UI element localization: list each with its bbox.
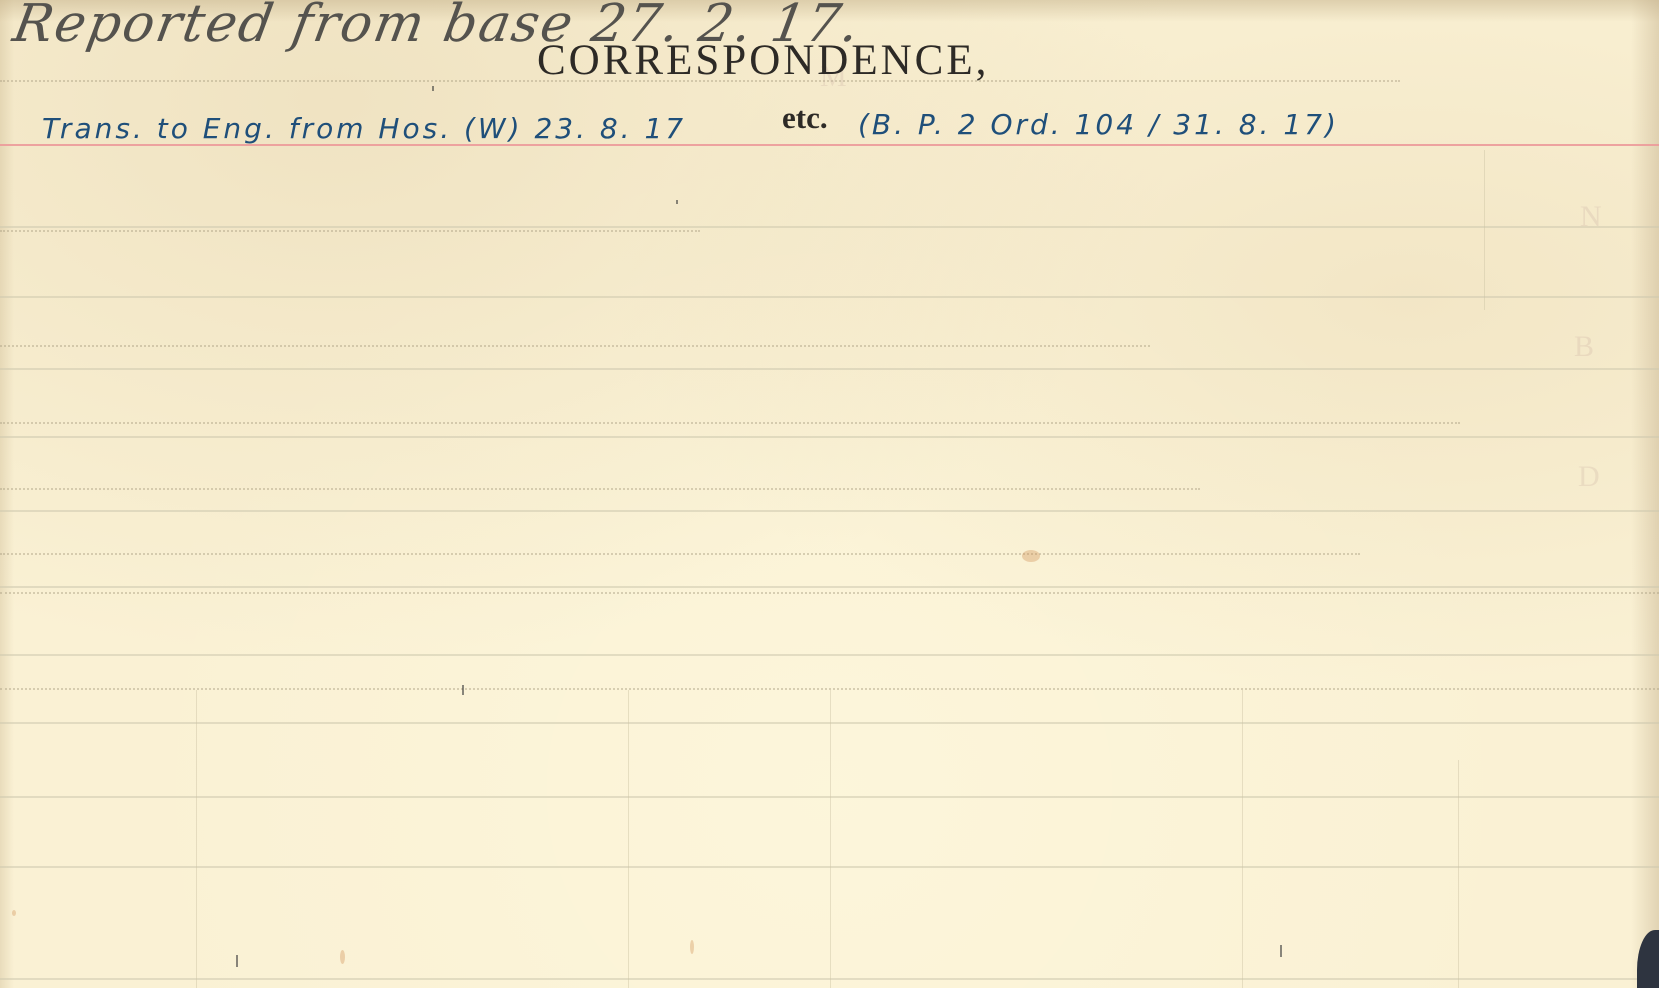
ink-entry-transfer: Trans. to Eng. from Hos. (W) 23. 8. 17 xyxy=(42,112,686,145)
ruled-line xyxy=(0,226,1659,228)
column-rule xyxy=(628,690,629,988)
column-rule xyxy=(1458,760,1459,988)
dotted-line xyxy=(0,553,1360,557)
ghost-mark: D xyxy=(1578,460,1600,494)
column-rule xyxy=(196,690,197,988)
dotted-line xyxy=(0,230,700,234)
dotted-line xyxy=(0,592,1659,596)
ink-entry-order-ref: (B. P. 2 Ord. 104 / 31. 8. 17) xyxy=(858,108,1339,141)
right-edge-shadow xyxy=(1631,0,1659,988)
ruled-line xyxy=(0,296,1659,298)
ruled-line xyxy=(0,510,1659,512)
dotted-line xyxy=(0,422,1460,426)
ink-fleck xyxy=(236,955,238,967)
column-rule xyxy=(1484,150,1485,310)
ghost-mark: B xyxy=(1574,330,1594,364)
dotted-line xyxy=(0,345,1150,349)
column-rule xyxy=(1242,690,1243,988)
ink-fleck xyxy=(432,86,434,91)
ruled-line xyxy=(0,436,1659,438)
ink-fleck xyxy=(676,200,678,204)
ruled-line xyxy=(0,586,1659,588)
ink-fleck xyxy=(1280,945,1282,957)
dotted-line xyxy=(0,488,1200,492)
column-rule xyxy=(830,690,831,988)
rust-stain xyxy=(340,950,345,964)
ink-fleck xyxy=(462,685,464,695)
left-edge-shadow xyxy=(0,0,14,988)
rust-stain xyxy=(1022,550,1040,562)
ruled-line xyxy=(0,368,1659,370)
rust-stain xyxy=(12,910,16,916)
ruled-line xyxy=(0,654,1659,656)
ghost-mark: N xyxy=(1580,200,1602,234)
printed-heading: CORRESPONDENCE, xyxy=(537,36,989,85)
rust-stain xyxy=(690,940,694,954)
record-card: M N B D Reported from base 27. 2. 17. CO… xyxy=(0,0,1659,988)
printed-etc: etc. xyxy=(782,100,828,136)
